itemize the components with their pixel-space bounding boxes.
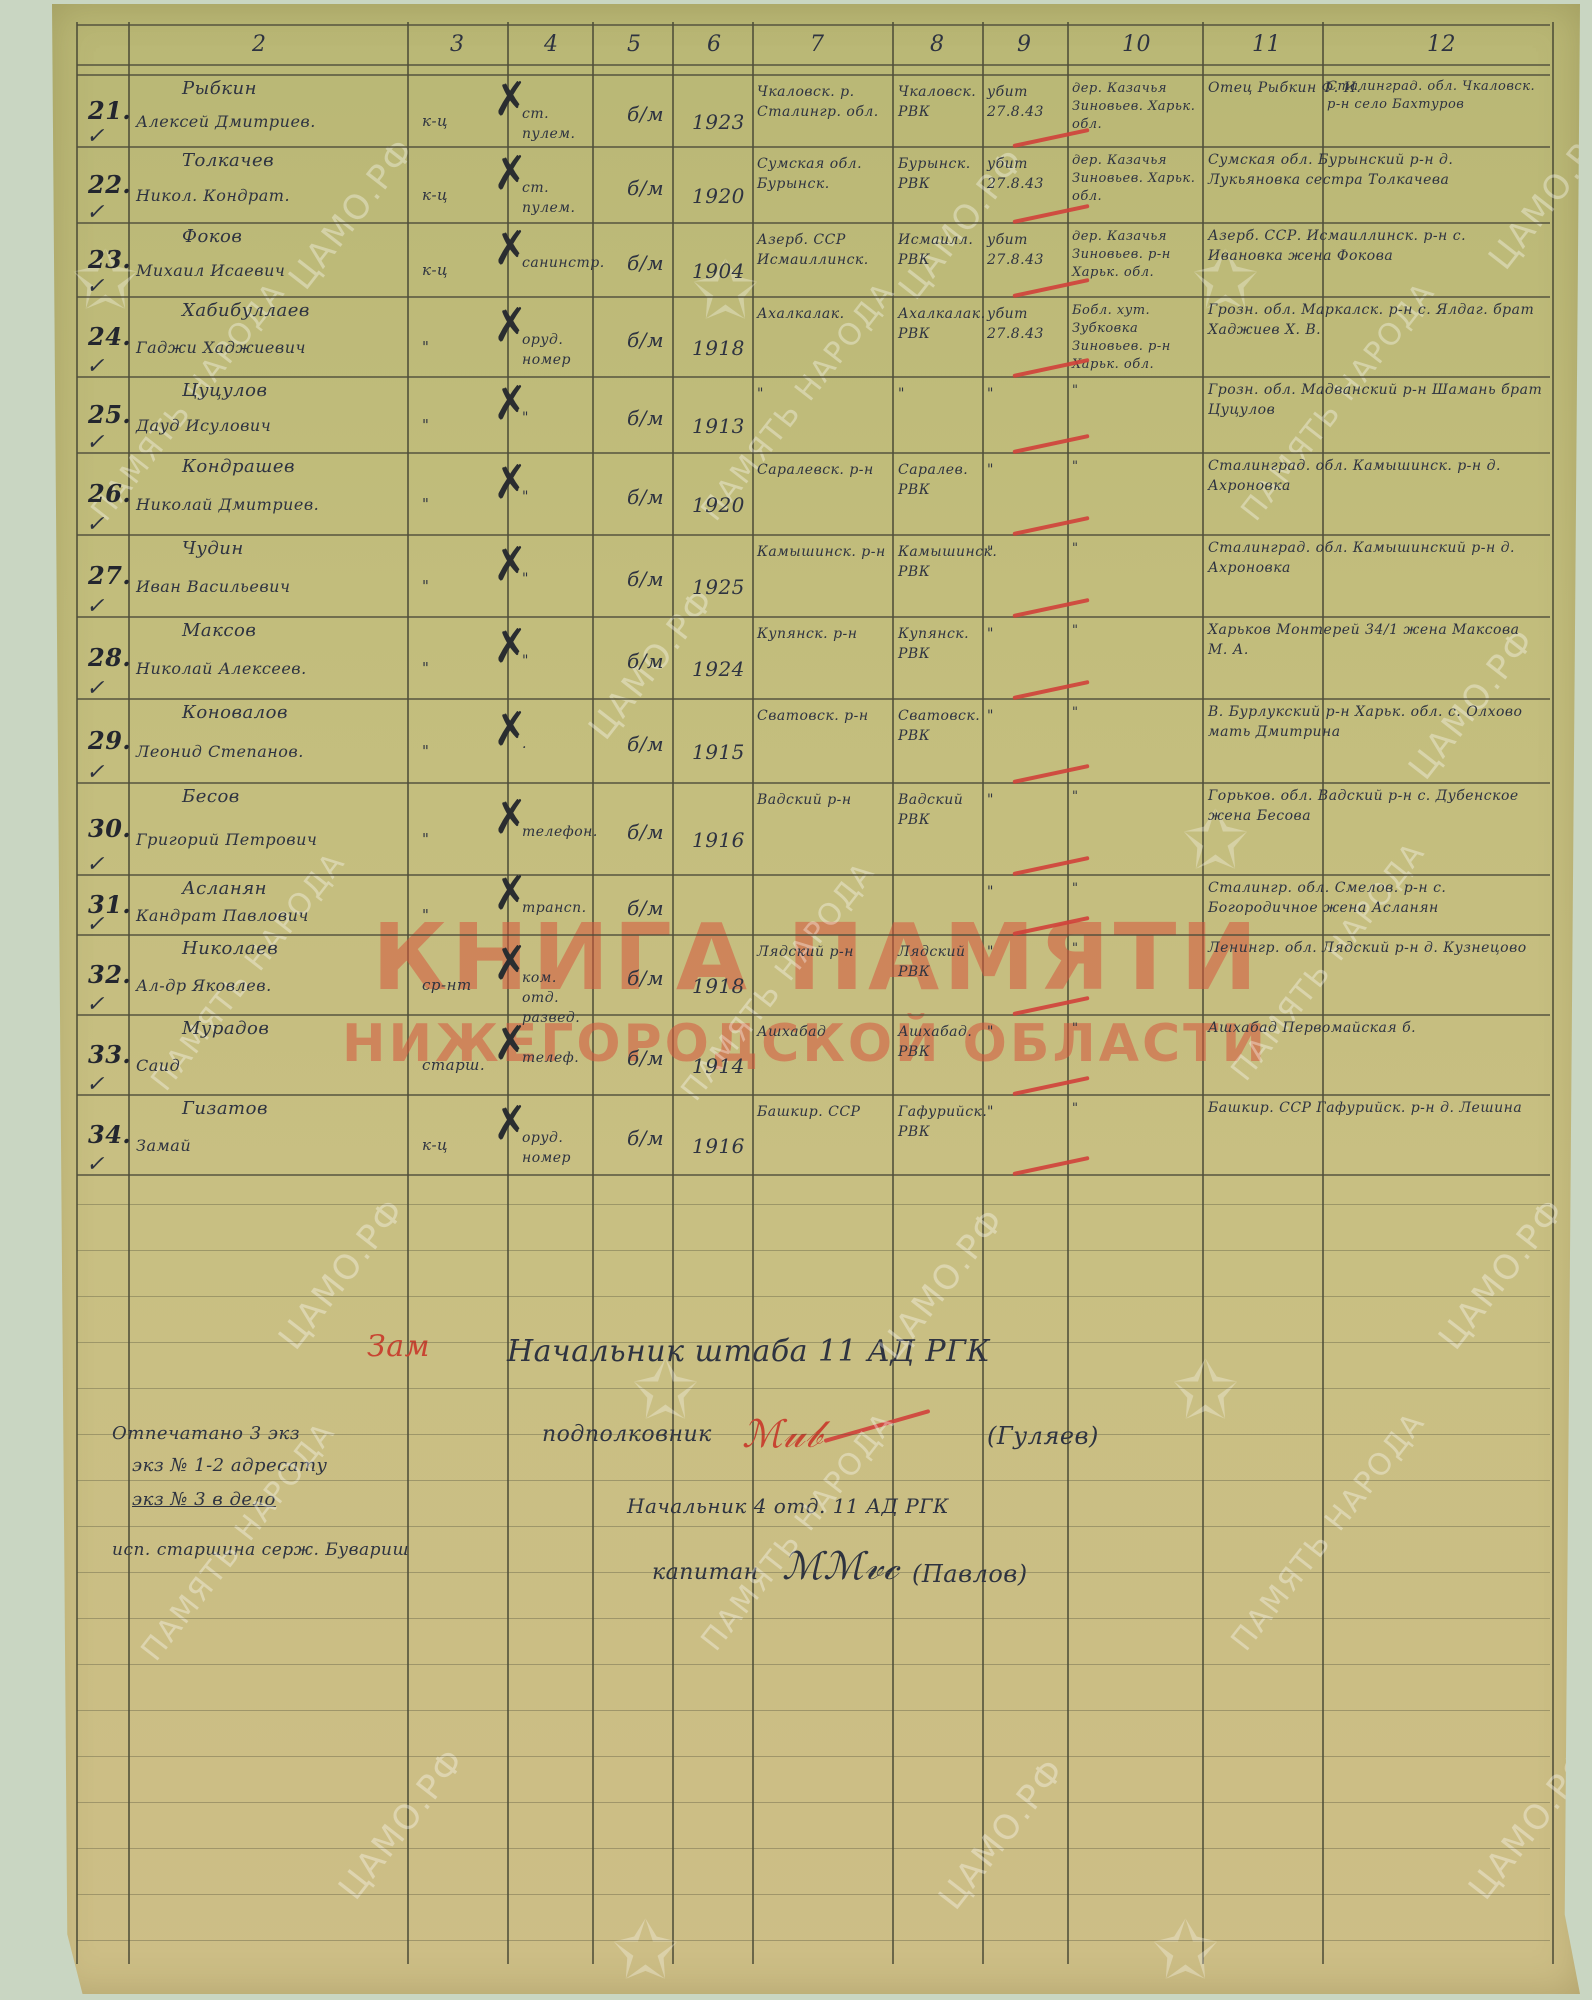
column-header: 10 — [1122, 32, 1151, 57]
family-address: В. Бурлукский р-н Харьк. обл. с. Олхово … — [1208, 702, 1543, 742]
surname: Фоков — [182, 226, 242, 247]
column-header: 2 — [252, 32, 267, 57]
given-name: Алексей Дмитриев. — [136, 112, 316, 131]
fate-date: " — [987, 460, 1062, 480]
row-rule — [77, 1296, 1550, 1297]
family-address: Ашхабад Первомайская б. — [1208, 1018, 1543, 1038]
fate-date: " — [987, 790, 1062, 810]
birthplace: " — [757, 384, 887, 404]
row-rule — [77, 24, 1550, 26]
birthplace: Чкаловск. р. Сталингр. обл. — [757, 82, 887, 122]
party-status: б/м — [627, 251, 664, 275]
given-name: Григорий Петрович — [136, 830, 317, 849]
conscription-office: " — [898, 384, 980, 404]
row-rule — [77, 1710, 1550, 1711]
red-note: Зам — [367, 1329, 430, 1364]
position: ст. пулем. — [522, 104, 590, 144]
row-rule — [77, 1940, 1550, 1941]
given-name: Замай — [136, 1136, 191, 1155]
position: " — [522, 651, 590, 671]
birth-year: 1914 — [692, 1054, 745, 1078]
star-watermark-icon: ✩ — [612, 1904, 679, 1997]
burial-place: " — [1072, 622, 1200, 640]
row-number: 26. — [88, 479, 131, 508]
family-address: Сталинград. обл. Камышинский р-н д. Ахро… — [1208, 538, 1543, 578]
burial-place: дер. Казачья Зиновьев. Харьк. обл. — [1072, 152, 1200, 206]
row-number: 32. — [88, 960, 131, 989]
party-status: б/м — [627, 406, 664, 430]
row-number: 33. — [88, 1040, 131, 1069]
row-rule — [77, 1434, 1550, 1435]
margin-check-icon: ✓ — [86, 354, 105, 379]
rank: " — [422, 577, 429, 595]
archive-watermark: ЦАМО.РФ — [331, 1741, 474, 1908]
margin-check-icon: ✓ — [86, 676, 105, 701]
row-rule — [77, 1756, 1550, 1757]
margin-check-icon: ✓ — [86, 200, 105, 225]
burial-place: Бобл. хут. Зубковка Зиновьев. р-н Харьк.… — [1072, 302, 1200, 374]
surname: Цуцулов — [182, 380, 267, 401]
party-status: б/м — [627, 820, 664, 844]
surname: Бесов — [182, 786, 240, 807]
margin-check-icon: ✓ — [86, 912, 105, 937]
margin-check-icon: ✓ — [86, 852, 105, 877]
birthplace: Азерб. ССР Исмаиллинск. — [757, 230, 887, 270]
row-rule — [77, 1526, 1550, 1527]
conscription-office: Бурынск. РВК — [898, 154, 980, 194]
birthplace: Ашхабад — [757, 1022, 887, 1042]
row-rule — [77, 296, 1550, 298]
birth-year: 1920 — [692, 184, 745, 208]
party-status: б/м — [627, 649, 664, 673]
birth-year: 1925 — [692, 575, 745, 599]
position: оруд. номер — [522, 330, 590, 370]
row-number: 23. — [88, 245, 131, 274]
column-header: 4 — [544, 32, 559, 57]
row-number: 28. — [88, 643, 131, 672]
row-rule — [77, 376, 1550, 378]
surname: Коновалов — [182, 702, 288, 723]
birth-year: 1916 — [692, 828, 745, 852]
rank: к-ц — [422, 186, 448, 204]
row-number: 25. — [88, 400, 131, 429]
conscription-office: Ашхабад. РВК — [898, 1022, 980, 1062]
row-rule — [77, 1204, 1550, 1205]
position: телефон. — [522, 822, 590, 842]
party-status: б/м — [627, 102, 664, 126]
surname: Рыбкин — [182, 78, 257, 99]
party-status: б/м — [627, 896, 664, 920]
conscription-office: Саралев. РВК — [898, 460, 980, 500]
birthplace: Вадский р-н — [757, 790, 887, 810]
party-status: б/м — [627, 966, 664, 990]
row-rule — [77, 1342, 1550, 1343]
surname: Николаев — [182, 938, 278, 959]
conscription-office: Гафурийск. РВК — [898, 1102, 980, 1142]
family-address: Горьков. обл. Вадский р-н с. Дубенское ж… — [1208, 786, 1543, 826]
conscription-office: Лядский РВК — [898, 942, 980, 982]
birth-year: 1924 — [692, 657, 745, 681]
row-number: 29. — [88, 726, 131, 755]
conscription-office: Купянск. РВК — [898, 624, 980, 664]
conscription-office: Сватовск. РВК — [898, 706, 980, 746]
position: телеф. — [522, 1048, 590, 1068]
rank: " — [422, 906, 429, 924]
fate-date: убит 27.8.43 — [987, 304, 1062, 344]
surname: Хабибуллаев — [182, 300, 310, 321]
party-status: б/м — [627, 1046, 664, 1070]
row-number: 34. — [88, 1120, 131, 1149]
row-rule — [77, 1802, 1550, 1803]
family-address: Башкир. ССР Гафурийск. р-н д. Лешина — [1208, 1098, 1543, 1118]
row-rule — [77, 874, 1550, 876]
party-status: б/м — [627, 732, 664, 756]
burial-place: " — [1072, 1020, 1200, 1038]
party-status: б/м — [627, 485, 664, 509]
column-header: 12 — [1427, 32, 1456, 57]
home-address: Сталинград. обл. Чкаловск. р-н село Бахт… — [1327, 78, 1549, 114]
row-number: 24. — [88, 322, 131, 351]
row-rule — [77, 1250, 1550, 1251]
row-number: 30. — [88, 814, 131, 843]
row-rule — [77, 222, 1550, 224]
given-name: Леонид Степанов. — [136, 742, 304, 761]
fate-date: " — [987, 882, 1062, 902]
birthplace: Камышинск. р-н — [757, 542, 887, 562]
birthplace: Саралевск. р-н — [757, 460, 887, 480]
star-watermark-icon: ✩ — [1152, 1904, 1219, 1997]
birthplace: Сумская обл. Бурынск. — [757, 154, 887, 194]
margin-check-icon: ✓ — [86, 512, 105, 537]
margin-check-icon: ✓ — [86, 992, 105, 1017]
family-address: Азерб. ССР. Исмаиллинск. р-н с. Ивановка… — [1208, 226, 1543, 266]
birth-year: 1913 — [692, 414, 745, 438]
fate-date: " — [987, 1102, 1062, 1122]
fate-date: убит 27.8.43 — [987, 154, 1062, 194]
column-header: 7 — [810, 32, 825, 57]
row-number: 27. — [88, 561, 131, 590]
burial-place: " — [1072, 1100, 1200, 1118]
birth-year: 1918 — [692, 336, 745, 360]
column-header: 11 — [1252, 32, 1281, 57]
archive-watermark: ЦАМО.РФ — [931, 1751, 1074, 1918]
chief-name: (Гуляев) — [987, 1422, 1099, 1450]
surname: Чудин — [182, 538, 244, 559]
burial-place: " — [1072, 940, 1200, 958]
surname: Толкачев — [182, 150, 274, 171]
margin-check-icon: ✓ — [86, 1152, 105, 1177]
given-name: Николай Алексеев. — [136, 659, 307, 678]
fate-date: " — [987, 1022, 1062, 1042]
row-number: 22. — [88, 170, 131, 199]
family-address: Сумская обл. Бурынский р-н д. Лукьяновка… — [1208, 150, 1543, 190]
given-name: Иван Васильевич — [136, 577, 290, 596]
row-rule — [77, 1480, 1550, 1481]
surname: Гизатов — [182, 1098, 268, 1119]
birth-year: 1915 — [692, 740, 745, 764]
margin-check-icon: ✓ — [86, 124, 105, 149]
birth-year: 1916 — [692, 1134, 745, 1158]
rank: к-ц — [422, 1136, 448, 1154]
family-address: Ленингр. обл. Лядский р-н д. Кузнецово — [1208, 938, 1543, 958]
position: санинстр. — [522, 253, 590, 273]
family-address: Сталинград. обл. Камышинск. р-н д. Ахрон… — [1208, 456, 1543, 496]
position: ст. пулем. — [522, 178, 590, 218]
rank: ср-нт — [422, 976, 472, 994]
given-name: Гаджи Хаджиевич — [136, 338, 306, 357]
rank: к-ц — [422, 112, 448, 130]
row-rule — [77, 1894, 1550, 1895]
burial-place: " — [1072, 540, 1200, 558]
position: ком. отд. развед. — [522, 968, 590, 1028]
birth-year: 1923 — [692, 110, 745, 134]
star-watermark-icon: ✩ — [692, 244, 759, 337]
fate-date: " — [987, 384, 1062, 404]
party-status: б/м — [627, 176, 664, 200]
conscription-office: Камышинск. РВК — [898, 542, 980, 582]
row-rule — [77, 1618, 1550, 1619]
row-rule — [77, 1572, 1550, 1573]
fate-date: " — [987, 706, 1062, 726]
surname: Асланян — [182, 878, 267, 899]
conscription-office: Ахалкалак. РВК — [898, 304, 980, 344]
row-rule — [77, 934, 1550, 936]
row-rule — [77, 1388, 1550, 1389]
surname: Максов — [182, 620, 256, 641]
burial-place: дер. Казачья Зиновьев. р-н Харьк. обл. — [1072, 228, 1200, 282]
family-address: Харьков Монтерей 34/1 жена Максова М. А. — [1208, 620, 1543, 660]
archive-watermark: ЦАМО.РФ — [1461, 1741, 1592, 1908]
row-rule — [77, 1848, 1550, 1849]
margin-check-icon: ✓ — [86, 274, 105, 299]
birth-year: 1918 — [692, 974, 745, 998]
row-rule — [77, 452, 1550, 454]
rank: " — [422, 416, 429, 434]
given-name: Михаил Исаевич — [136, 261, 285, 280]
rank: " — [422, 338, 429, 356]
rank: " — [422, 659, 429, 677]
row-number: 21. — [88, 96, 131, 125]
surname: Мурадов — [182, 1018, 269, 1039]
birthplace: Купянск. р-н — [757, 624, 887, 644]
burial-place: " — [1072, 458, 1200, 476]
row-rule — [77, 1094, 1550, 1096]
rank: к-ц — [422, 261, 448, 279]
given-name: Николай Дмитриев. — [136, 495, 319, 514]
executor-line: исп. старшина серж. Бувариш — [112, 1540, 472, 1560]
star-watermark-icon: ✩ — [632, 1344, 699, 1437]
fate-date: убит 27.8.43 — [987, 82, 1062, 122]
row-rule — [77, 782, 1550, 784]
birthplace: Ахалкалак. — [757, 304, 887, 324]
family-address: Сталингр. обл. Смелов. р-н с. Богородичн… — [1208, 878, 1543, 918]
position: " — [522, 487, 590, 507]
column-rule — [1552, 22, 1554, 1964]
position: оруд. номер — [522, 1128, 590, 1168]
document-sheet: 2 3 4 5 6 7 8 9 10 11 12 Зам Начальник ш… — [52, 4, 1580, 1994]
conscription-office: Исмаилл. РВК — [898, 230, 980, 270]
position: трансп. — [522, 898, 590, 918]
rank: старш. — [422, 1056, 485, 1074]
birthplace: Башкир. ССР — [757, 1102, 887, 1122]
row-rule — [77, 1664, 1550, 1665]
given-name: Саид — [136, 1056, 180, 1075]
fate-date: " — [987, 624, 1062, 644]
family-address: Грозн. обл. Мадванский р-н Шамань брат Ц… — [1208, 380, 1543, 420]
row-rule — [77, 534, 1550, 536]
fate-date: " — [987, 542, 1062, 562]
burial-place: дер. Казачья Зиновьев. Харьк. обл. — [1072, 80, 1200, 134]
rank: " — [422, 742, 429, 760]
burial-place: " — [1072, 382, 1200, 400]
burial-place: " — [1072, 788, 1200, 806]
row-rule — [77, 146, 1550, 148]
burial-place: " — [1072, 880, 1200, 898]
birthplace: Сватовск. р-н — [757, 706, 887, 726]
position: " — [522, 569, 590, 589]
position: " — [522, 408, 590, 428]
given-name: Дауд Исулович — [136, 416, 271, 435]
row-rule — [77, 616, 1550, 618]
given-name: Кандрат Павлович — [136, 906, 309, 925]
row-rule — [77, 74, 1550, 76]
column-header: 6 — [707, 32, 722, 57]
given-name: Никол. Кондрат. — [136, 186, 290, 205]
family-address: Грозн. обл. Маркалск. р-н с. Ялдаг. брат… — [1208, 300, 1543, 340]
fate-date: " — [987, 942, 1062, 962]
fate-date: убит 27.8.43 — [987, 230, 1062, 270]
column-header: 9 — [1017, 32, 1032, 57]
dept-head-name: (Павлов) — [912, 1560, 1028, 1588]
column-header: 8 — [930, 32, 945, 57]
birth-year: 1920 — [692, 493, 745, 517]
party-status: б/м — [627, 328, 664, 352]
row-rule — [77, 1014, 1550, 1016]
rank: " — [422, 495, 429, 513]
position: . — [522, 734, 590, 754]
row-rule — [77, 1174, 1550, 1176]
conscription-office: Вадский РВК — [898, 790, 980, 830]
conscription-office: Чкаловск. РВК — [898, 82, 980, 122]
birth-year: 1904 — [692, 259, 745, 283]
given-name: Ал-др Яковлев. — [136, 976, 272, 995]
party-status: б/м — [627, 1126, 664, 1150]
margin-check-icon: ✓ — [86, 760, 105, 785]
birthplace: Лядский р-н — [757, 942, 887, 962]
column-header: 5 — [627, 32, 642, 57]
archive-watermark: ЦАМО.РФ — [281, 131, 424, 298]
party-status: б/м — [627, 567, 664, 591]
burial-place: " — [1072, 704, 1200, 722]
margin-check-icon: ✓ — [86, 594, 105, 619]
project-watermark: ПАМЯТЬ НАРОДА — [1225, 1405, 1433, 1657]
row-rule — [77, 64, 1550, 66]
row-rule — [77, 698, 1550, 700]
star-watermark-icon: ✩ — [1172, 1344, 1239, 1437]
margin-check-icon: ✓ — [86, 430, 105, 455]
rank: " — [422, 830, 429, 848]
column-header: 3 — [450, 32, 465, 57]
surname: Кондрашев — [182, 456, 295, 477]
margin-check-icon: ✓ — [86, 1072, 105, 1097]
